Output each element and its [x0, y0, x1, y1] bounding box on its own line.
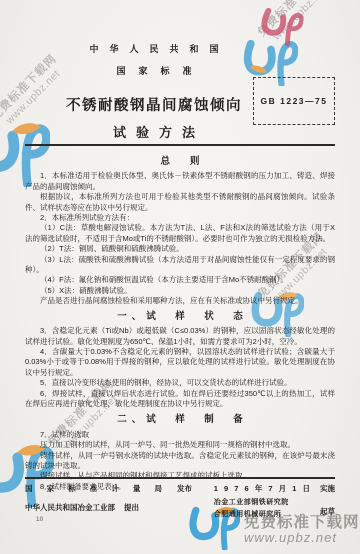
drafting-body: 合肥通用机械研究所 — [214, 509, 312, 519]
general-paragraph: 产品是否进行晶间腐蚀检验和采用哪种方法，应在有关标准或协议中另行规定。 — [25, 296, 335, 306]
document-subtitle: 试验方法 — [43, 122, 265, 141]
issuing-body: 国 家 标 准 计 量 局 — [25, 483, 168, 494]
proposing-body: 中华人民共和国冶金工业部 — [25, 502, 115, 513]
footer-divider — [25, 477, 335, 479]
footer-issuer-row: 国 家 标 准 计 量 局 发布 — [25, 483, 192, 494]
document-header: 中华人民共和国 国家标准 不锈耐酸钢晶间腐蚀倾向 试验方法 — [43, 42, 265, 141]
state-paragraph: 3．含稳定化元素（Ti或Nb）或超低碳（C≤0.03%）的钢种，应以固溶状态经敏… — [25, 326, 335, 347]
general-paragraph: 1．本标准适用于检验奥氏体型、奥氏体－铁素体型不锈耐酸钢的压力加工、铸造、焊接产… — [25, 171, 335, 192]
prep-paragraph: 压力加工钢材的试样，从同一炉号、同一批热处理和同一规格的钢材中选取。 — [25, 440, 335, 450]
general-paragraph: （4）F法：氟化钠和硝酸恒温试验（本方法主要适用于含Mo不锈耐酸钢）。 — [25, 275, 335, 285]
watermark-cn: 免费标准下载网 — [256, 0, 327, 40]
document-footer: 国 家 标 准 计 量 局 发布 中华人民共和国冶金工业部 提出 1 9 7 6… — [25, 483, 335, 519]
standard-number-box: GB 1223—75 — [253, 77, 335, 125]
footer-right: 1 9 7 6 年 7 月 1 日 冶金工业部钢铁研究院 合肥通用机械研究所 实… — [214, 483, 335, 519]
general-paragraph: （2）T法：铜屑、硫酸铜和硫酸沸腾试验。 — [25, 244, 335, 254]
footer-left: 国 家 标 准 计 量 局 发布 中华人民共和国冶金工业部 提出 — [25, 483, 192, 519]
state-paragraph: 6．焊接试样，直接以焊后状态进行试验。如在焊后还要经过350℃以上的热加工，试样… — [25, 389, 335, 410]
general-paragraph: （5）X法：硝酸沸腾试验。 — [25, 286, 335, 296]
proposed-label: 提出 — [124, 502, 139, 513]
general-paragraph: 根据协议，本标准所列方法也可用于检验其他类型不锈耐酸钢的晶间腐蚀倾向。试验条件、… — [25, 192, 335, 213]
footer-dates-drafters: 1 9 7 6 年 7 月 1 日 冶金工业部钢铁研究院 合肥通用机械研究所 — [214, 483, 312, 519]
watermark-text: 免费标准下载网 www.upbz.net — [256, 0, 336, 49]
drafted-label: 起草 — [320, 506, 335, 517]
state-paragraph: 4．含碳量大于0.03%不含稳定化元素的钢种，以固溶状态的试样进行试验；含碳量大… — [25, 347, 335, 378]
implementation-date: 1 9 7 6 年 7 月 1 日 — [214, 483, 312, 494]
footer-labels: 实施 起草 — [320, 483, 335, 519]
header-country: 中华人民共和国 — [43, 42, 265, 55]
general-paragraph: 2．本标准所列试验方法有： — [25, 213, 335, 223]
footer-proposer-row: 中华人民共和国冶金工业部 提出 — [25, 502, 192, 513]
state-paragraph: 5．直接以冷变形状态使用的钢种，经协议，可以交货状态的试样进行试验。 — [25, 378, 335, 388]
section-heading-general: 总则 — [25, 157, 335, 167]
prep-paragraph: 铸件试样，从同一炉号钢水浇铸的试块中选取。含稳定化元素钛的钢种，在该炉号最末浇铸… — [25, 451, 335, 472]
issued-label: 发布 — [177, 483, 192, 494]
section-heading-state: 一、试 样 状 态 — [25, 312, 335, 322]
general-paragraph: （3）L法：硫酸铁和硫酸沸腾试验（本方法适用于对晶间腐蚀性能仅有一定程度要求的钢… — [25, 255, 335, 276]
prep-paragraph: 7．试样的选取 — [25, 430, 335, 440]
standard-number: GB 1223—75 — [261, 96, 328, 106]
watermark-url: www.upbz.net — [265, 0, 335, 49]
header-divider — [25, 144, 335, 146]
page-number: 10 — [36, 516, 43, 523]
brand-text: 免费标准下载网 www.upbz.net — [244, 515, 360, 545]
brand-url: www.upbz.net — [244, 531, 360, 545]
general-paragraph: （1）C法：草酸电解浸蚀试验。本方法为T法、L法、F法和X法的筛选试验方法（用于… — [25, 223, 335, 244]
document-page: 免费标准下载网 www.upbz.net 免费标准下载网 www.upbz.ne… — [0, 0, 360, 554]
header-standard-type: 国家标准 — [43, 64, 265, 77]
section-heading-prep: 二、试 样 制 备 — [25, 415, 335, 425]
drafting-body: 冶金工业部钢铁研究院 — [214, 497, 312, 507]
implemented-label: 实施 — [320, 483, 335, 494]
document-title: 不锈耐酸钢晶间腐蚀倾向 — [43, 94, 265, 115]
document-body: 总则 1．本标准适用于检验奥氏体型、奥氏体－铁素体型不锈耐酸钢的压力加工、铸造、… — [25, 157, 335, 492]
